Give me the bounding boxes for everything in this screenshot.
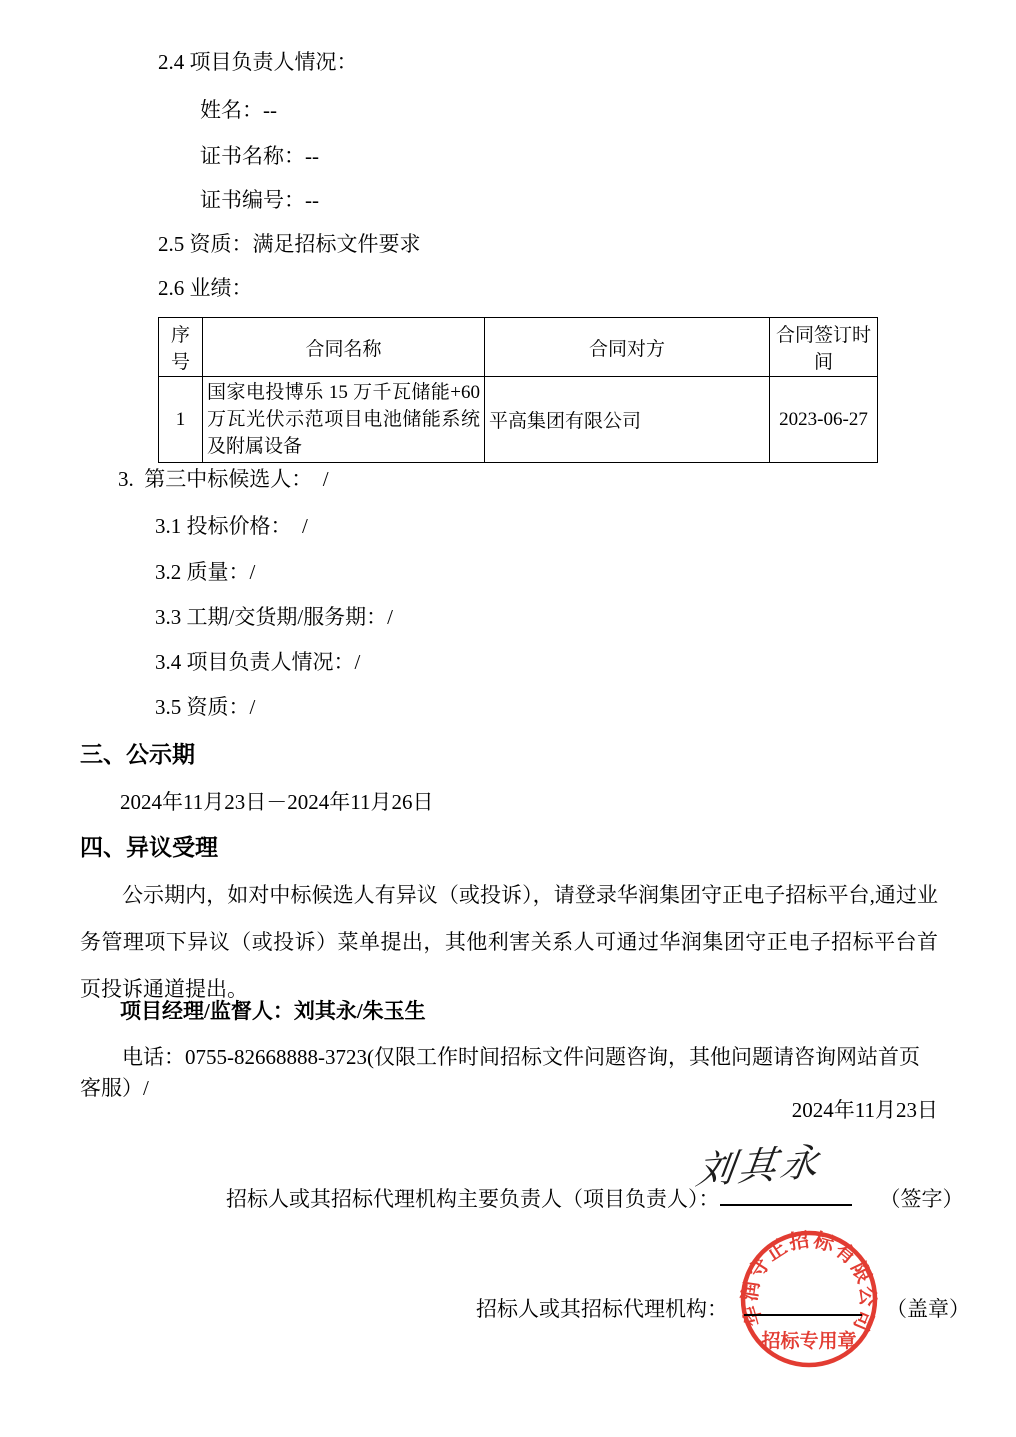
item-3-1: 3.1 投标价格： /	[155, 510, 308, 540]
cell-index: 1	[159, 377, 203, 463]
item-2-4: 2.4 项目负责人情况：	[158, 46, 358, 76]
cell-contract-name: 国家电投博乐 15 万千瓦储能+60 万瓦光伏示范项目电池储能系统及附属设备	[203, 377, 485, 463]
table-header-row: 序号 合同名称 合同对方 合同签订时间	[159, 318, 878, 377]
svg-text:华润守正招标有限公司: 华润守正招标有限公司	[738, 1227, 880, 1336]
project-manager-line: 项目经理/监督人：刘其永/朱玉生	[120, 995, 426, 1025]
stamp-ring-text: 华润守正招标有限公司	[738, 1227, 880, 1336]
cell-contract-party: 平高集团有限公司	[485, 377, 770, 463]
sign-suffix: （签字）	[880, 1187, 964, 1211]
principal-signature-label: 招标人或其招标代理机构主要负责人（项目负责人）：	[226, 1187, 720, 1211]
field-name: 姓名：--	[200, 94, 277, 124]
announcement-date: 2024年11月23日	[80, 1094, 938, 1124]
item-3-5: 3.5 资质：/	[155, 691, 255, 721]
col-header-contract-date: 合同签订时间	[770, 318, 878, 377]
col-header-contract-name: 合同名称	[203, 318, 485, 377]
company-stamp: 华润守正招标有限公司 招标专用章	[734, 1224, 884, 1374]
seal-suffix: （盖章）	[886, 1297, 970, 1321]
stamp-bottom-text: 招标专用章	[761, 1329, 856, 1352]
cell-contract-date: 2023-06-27	[770, 377, 878, 463]
objection-paragraph: 公示期内，如对中标候选人有异议（或投诉），请登录华润集团守正电子招标平台,通过业…	[80, 872, 938, 1013]
item-2-6: 2.6 业绩：	[158, 272, 253, 302]
col-header-contract-party: 合同对方	[485, 318, 770, 377]
heading-objection: 四、异议受理	[80, 829, 218, 862]
handwritten-signature: 刘其永	[693, 1130, 827, 1194]
performance-table: 序号 合同名称 合同对方 合同签订时间 1 国家电投博乐 15 万千瓦储能+60…	[158, 317, 878, 463]
item-3-title: 3. 第三中标候选人： /	[118, 463, 329, 493]
agency-seal-row: 招标人或其招标代理机构：（盖章）	[455, 1265, 970, 1348]
item-3-4: 3.4 项目负责人情况：/	[155, 646, 360, 676]
agency-label: 招标人或其招标代理机构：	[476, 1297, 728, 1321]
item-3-2: 3.2 质量：/	[155, 556, 255, 586]
publicity-period-dates: 2024年11月23日－2024年11月26日	[120, 786, 433, 816]
field-cert-no: 证书编号：--	[200, 184, 319, 214]
field-cert-name: 证书名称：--	[200, 140, 319, 170]
table-row: 1 国家电投博乐 15 万千瓦储能+60 万瓦光伏示范项目电池储能系统及附属设备…	[159, 377, 878, 463]
item-2-5: 2.5 资质：满足招标文件要求	[158, 228, 421, 258]
item-3-3: 3.3 工期/交货期/服务期：/	[155, 601, 393, 631]
heading-publicity-period: 三、公示期	[80, 736, 195, 769]
col-header-index: 序号	[159, 318, 203, 377]
document-page: 2.4 项目负责人情况： 姓名：-- 证书名称：-- 证书编号：-- 2.5 资…	[0, 0, 1016, 1437]
